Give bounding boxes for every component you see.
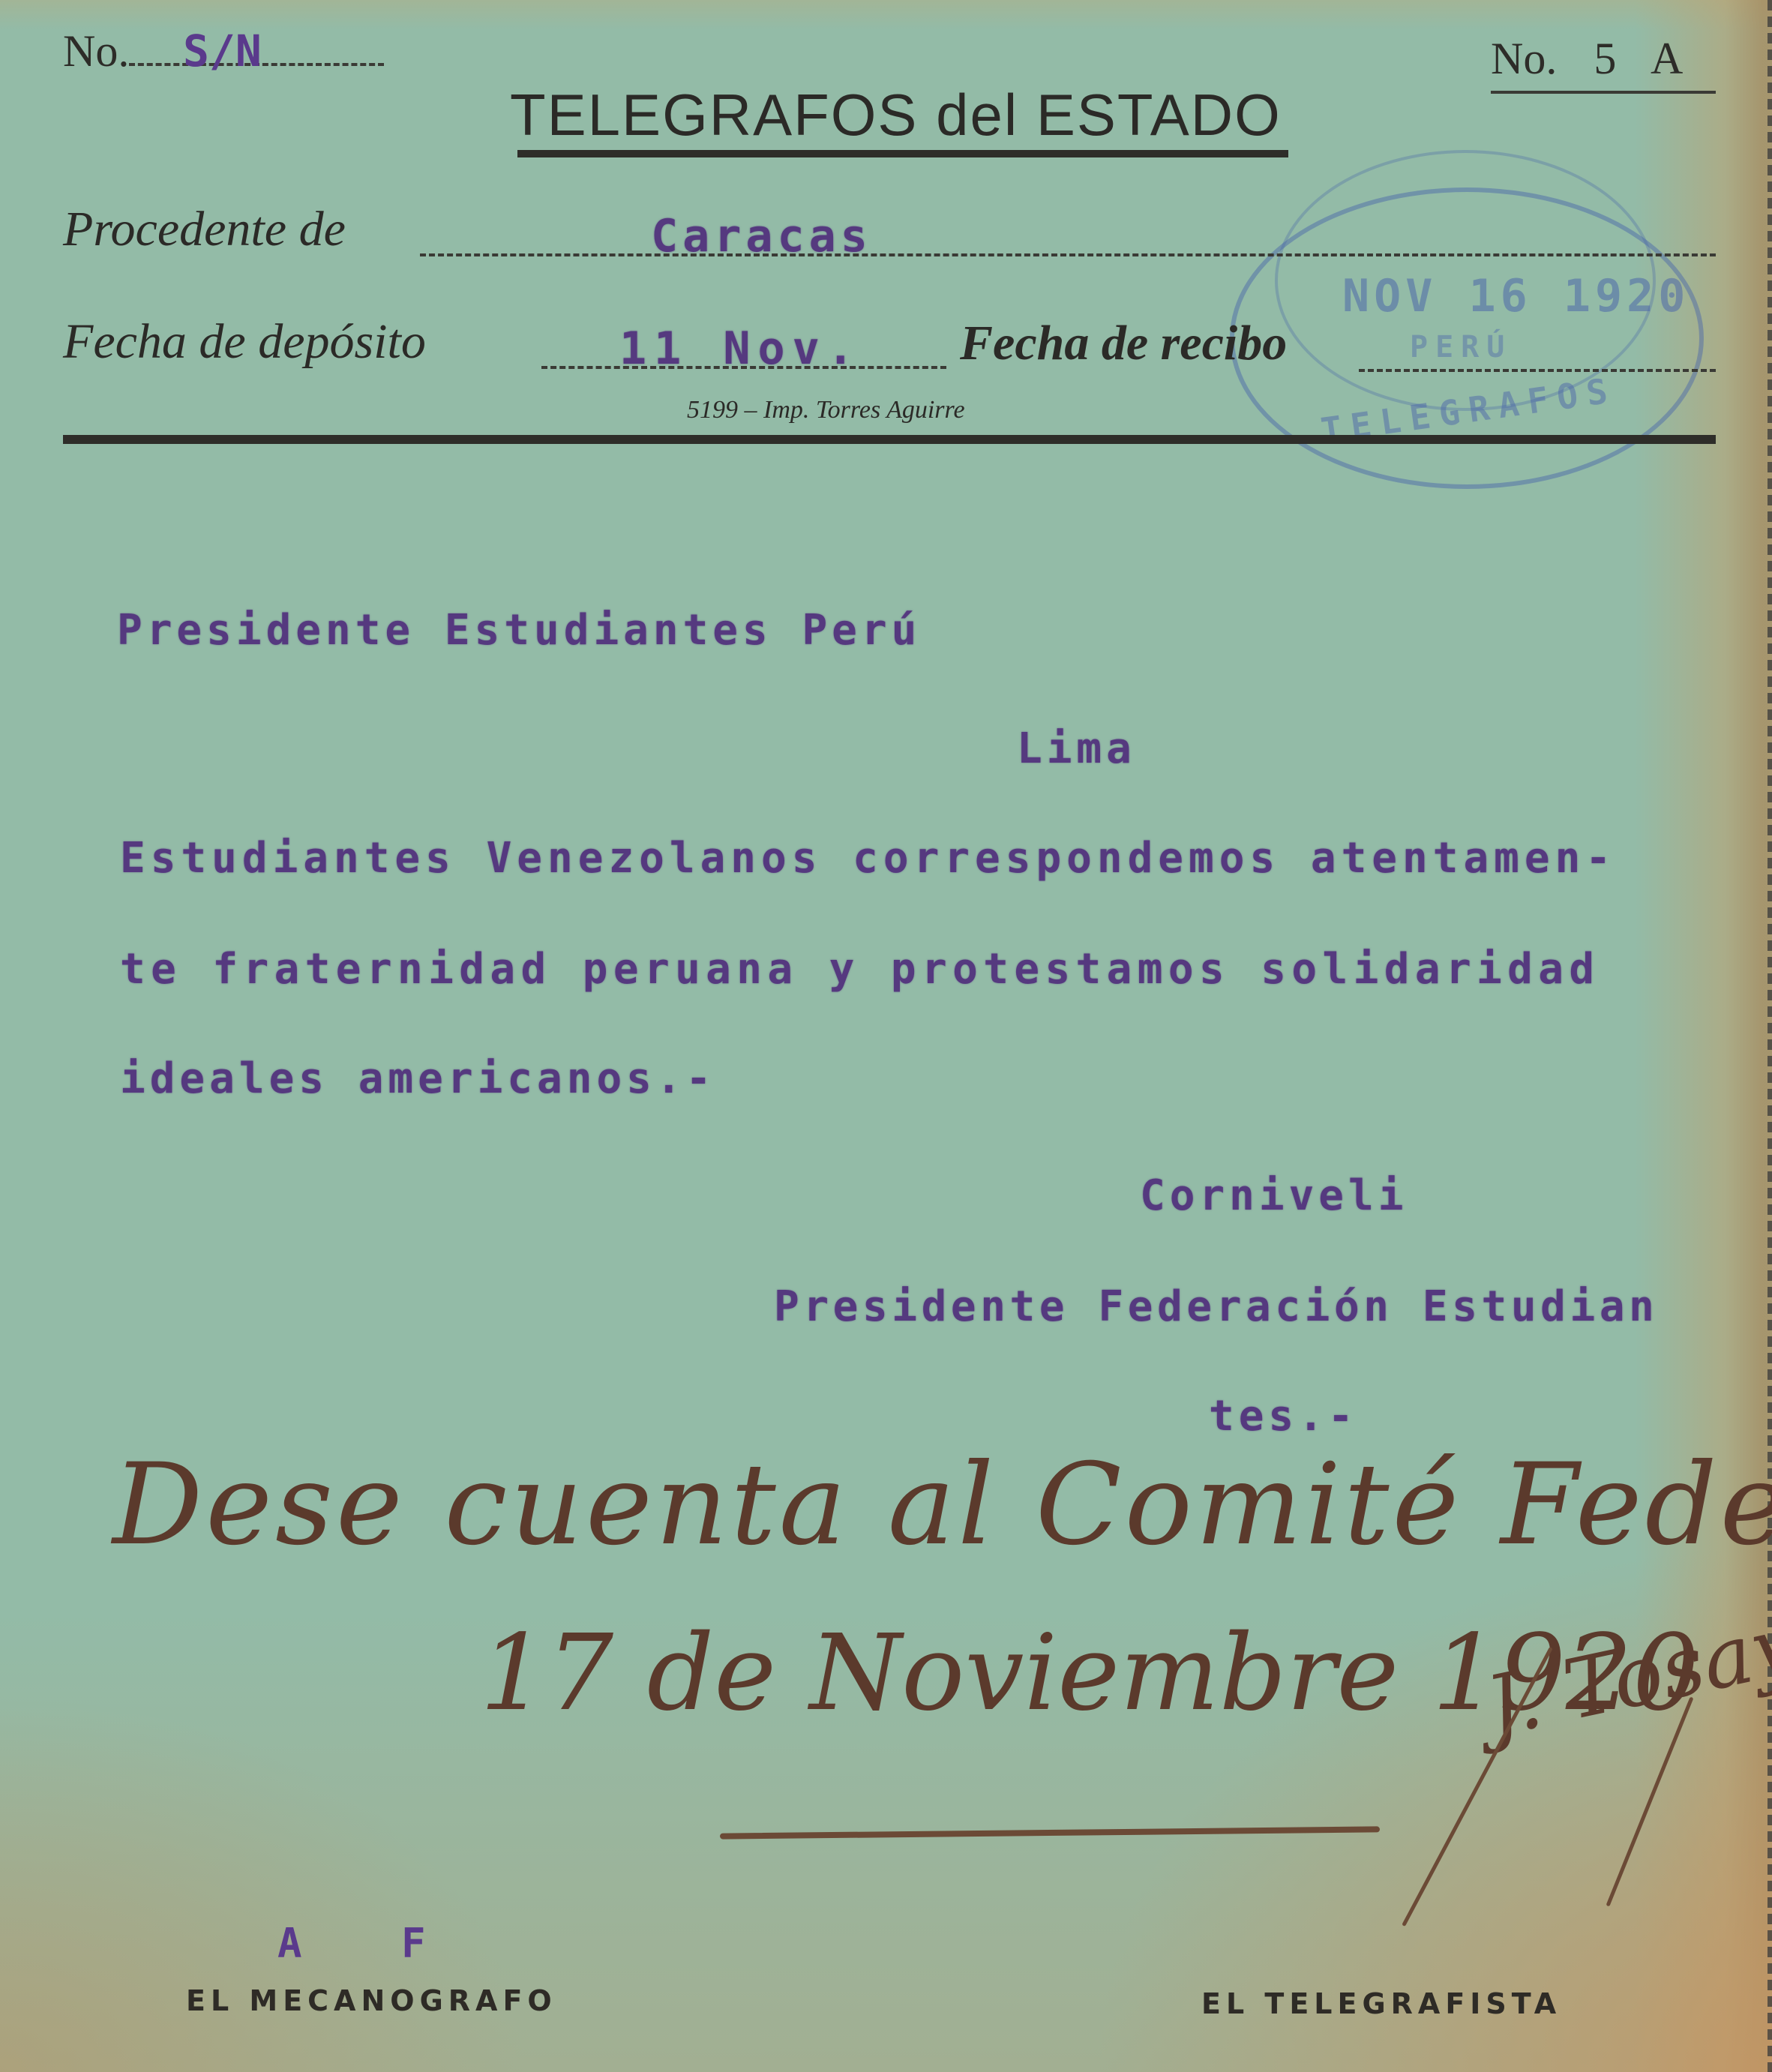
handwritten-underline: [720, 1826, 1380, 1839]
telegram-number-value: S/N: [183, 25, 262, 76]
sender-name: Corniveli: [1140, 1171, 1408, 1220]
typist-initials: A F: [277, 1920, 426, 1967]
destination-city: Lima: [1017, 724, 1136, 773]
origin-dotted-line: [420, 253, 1716, 256]
sender-title-line-2: tes.-: [1209, 1392, 1358, 1441]
deposit-date-value: 11 Nov.: [619, 322, 862, 375]
telegram-number-label: No.: [63, 26, 129, 76]
origin-value: Caracas: [651, 210, 872, 262]
receipt-date-label: Fecha de recibo: [960, 315, 1287, 372]
addressee: Presidente Estudiantes Perú: [117, 606, 921, 655]
sender-title-line-1: Presidente Federación Estudian: [774, 1282, 1658, 1331]
header-rule: [63, 435, 1716, 444]
postmark-date: NOV 16 1920: [1342, 270, 1690, 322]
telegram-document: No. S/N No. 5 A TELEGRAFOS del ESTADO NO…: [0, 0, 1772, 2072]
title-underline: [517, 150, 1288, 157]
handwritten-note-line-1: Dese cuenta al Comité Federal: [112, 1440, 1772, 1570]
perforated-edge: [1768, 0, 1772, 2072]
origin-label: Procedente de: [63, 201, 346, 258]
telegram-number: No. S/N: [63, 25, 384, 77]
form-code: No. 5 A: [1491, 33, 1716, 94]
document-title: TELEGRAFOS del ESTADO: [510, 81, 1282, 149]
postmark-text: PERÚ: [1410, 330, 1512, 364]
receipt-date-dotted-line: [1359, 369, 1716, 372]
message-line-3: ideales americanos.-: [120, 1054, 715, 1103]
message-line-1: Estudiantes Venezolanos correspondemos a…: [120, 834, 1616, 883]
printer-imprint: 5199 – Imp. Torres Aguirre: [687, 396, 965, 424]
message-line-2: te fraternidad peruana y protestamos sol…: [120, 945, 1600, 994]
telegraphist-label: EL TELEGRAFISTA: [1201, 1987, 1561, 2020]
deposit-date-label: Fecha de depósito: [63, 313, 426, 370]
typist-label: EL MECANOGRAFO: [186, 1984, 557, 2017]
